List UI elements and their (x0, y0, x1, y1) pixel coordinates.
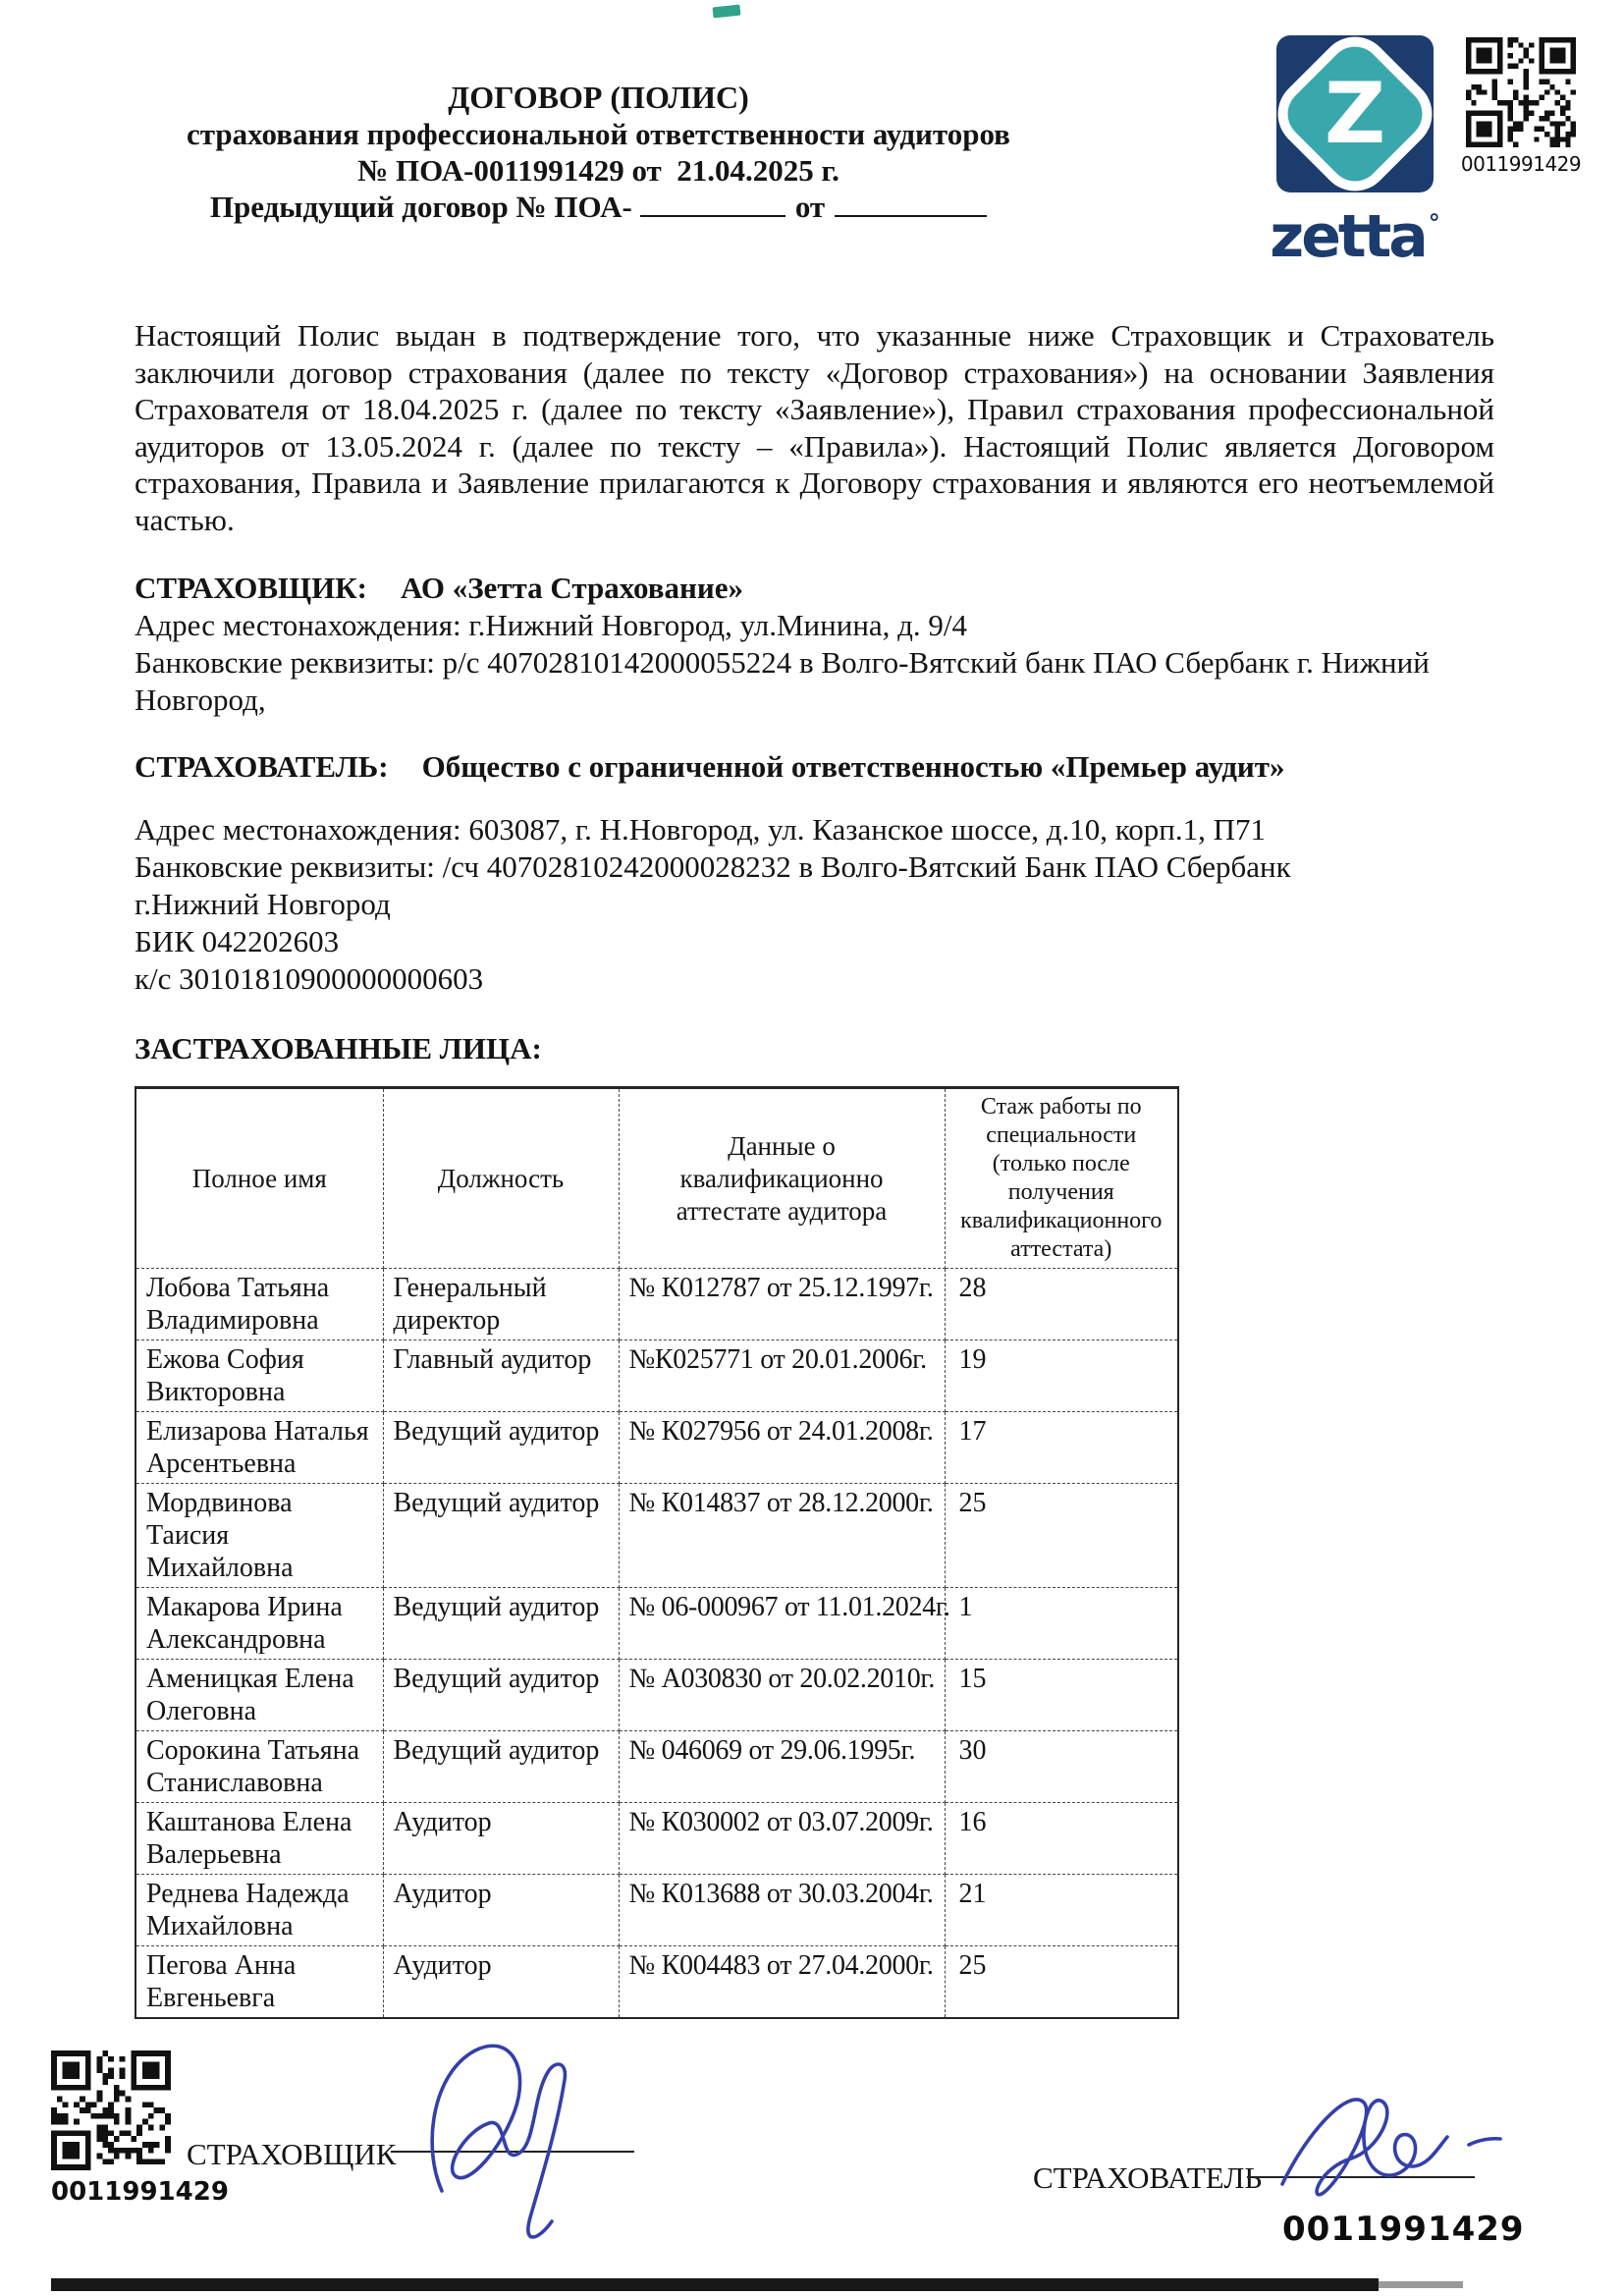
policyholder-city: г.Нижний Новгород (135, 886, 1494, 923)
table-cell: №К025771 от 20.01.2006г. (619, 1340, 945, 1412)
bottom-qr-number: 0011991429 (51, 2177, 257, 2207)
table-cell: 21 (945, 1875, 1178, 1946)
table-cell: Макарова Ирина Александровна (135, 1588, 383, 1660)
policyholder-block: СТРАХОВАТЕЛЬ:Общество с ограниченной отв… (135, 748, 1494, 998)
table-cell: Сорокина Татьяна Станиславовна (135, 1731, 383, 1803)
table-cell: Реднева Надежда Михайловна (135, 1875, 383, 1946)
insurer-signature-label: СТРАХОВЩИК (187, 2137, 397, 2172)
table-row: Аменицкая Елена ОлеговнаВедущий аудитор№… (135, 1660, 1178, 1731)
title-line-3: № ПОА-0011991429 от 21.04.2025 г. (135, 152, 1062, 189)
table-cell: № К030002 от 03.07.2009г. (619, 1803, 945, 1875)
insurer-title-line: СТРАХОВЩИК:АО «Зетта Страхование» (135, 570, 1494, 607)
table-cell: № 06-000967 от 11.01.2024г. (619, 1588, 945, 1660)
title-line-2: страхования профессиональной ответственн… (135, 116, 1062, 152)
blank-underline (835, 210, 987, 217)
scan-artifact-bottom-bar (51, 2278, 1379, 2291)
scanned-policy-page: Z zetta° 0011991429 ДОГОВОР (ПОЛИС) стра… (0, 0, 1624, 2296)
scan-artifact-green-mark (713, 5, 741, 19)
title-previous-contract-line: Предыдущий договор № ПОА-от (135, 189, 1062, 225)
insurer-bank-details: Банковские реквизиты: р/с 40702810142000… (135, 644, 1494, 719)
table-cell: 15 (945, 1660, 1178, 1731)
table-row: Елизарова Наталья АрсентьевнаВедущий ауд… (135, 1412, 1178, 1484)
table-header-cell: Данные о квалификационно аттестате аудит… (619, 1088, 945, 1269)
table-header-row: Полное имяДолжностьДанные о квалификацио… (135, 1088, 1178, 1269)
qr-code (51, 2050, 171, 2170)
policyholder-address: Адрес местонахождения: 603087, г. Н.Новг… (135, 811, 1494, 848)
table-cell: Ведущий аудитор (383, 1484, 619, 1588)
table-cell: 30 (945, 1731, 1178, 1803)
policyholder-title-line: СТРАХОВАТЕЛЬ:Общество с ограниченной отв… (135, 748, 1494, 786)
table-cell: Пегова Анна Евгеньевга (135, 1946, 383, 2019)
table-cell: 19 (945, 1340, 1178, 1412)
table-header-cell: Должность (383, 1088, 619, 1269)
policyholder-corr-account: к/с 30101810900000000603 (135, 960, 1494, 998)
insured-persons-section-title: ЗАСТРАХОВАННЫЕ ЛИЦА: (135, 1031, 1494, 1066)
table-cell: № 046069 от 29.06.1995г. (619, 1731, 945, 1803)
table-cell: № К013688 от 30.03.2004г. (619, 1875, 945, 1946)
policyholder-signature (1265, 2074, 1510, 2231)
table-cell: Аудитор (383, 1946, 619, 2019)
table-cell: Главный аудитор (383, 1340, 619, 1412)
title-line-1: ДОГОВОР (ПОЛИС) (135, 79, 1062, 116)
insurer-signature (405, 2029, 591, 2265)
policyholder-bik: БИК 042202603 (135, 923, 1494, 960)
table-cell: Ведущий аудитор (383, 1660, 619, 1731)
document-title-block: ДОГОВОР (ПОЛИС) страхования профессионал… (135, 79, 1062, 225)
table-cell: Генеральный директор (383, 1269, 619, 1340)
table-cell: Ведущий аудитор (383, 1412, 619, 1484)
scan-artifact-bottom-bar-tail (1379, 2281, 1463, 2288)
blank-underline (640, 210, 785, 217)
table-cell: № К012787 от 25.12.1997г. (619, 1269, 945, 1340)
policyholder-signature-label: СТРАХОВАТЕЛЬ (1033, 2160, 1262, 2196)
policyholder-name: Общество с ограниченной ответственностью… (422, 749, 1285, 784)
intro-paragraph: Настоящий Полис выдан в подтверждение то… (135, 317, 1494, 538)
table-cell: Ведущий аудитор (383, 1731, 619, 1803)
bottom-right-policy-number: 0011991429 (1282, 2210, 1525, 2249)
table-cell: 1 (945, 1588, 1178, 1660)
table-row: Реднева Надежда МихайловнаАудитор№ К0136… (135, 1875, 1178, 1946)
table-cell: 28 (945, 1269, 1178, 1340)
bottom-qr-block: 0011991429 (51, 2050, 257, 2207)
table-cell: 25 (945, 1946, 1178, 2019)
table-row: Макарова Ирина АлександровнаВедущий ауди… (135, 1588, 1178, 1660)
table-cell: № К004483 от 27.04.2000г. (619, 1946, 945, 2019)
insurer-label: СТРАХОВЩИК: (135, 571, 367, 605)
table-header-cell: Стаж работы по специальности (только пос… (945, 1088, 1178, 1269)
table-row: Пегова Анна ЕвгеньевгаАудитор№ К004483 о… (135, 1946, 1178, 2019)
table-cell: 16 (945, 1803, 1178, 1875)
table-cell: Лобова Татьяна Владимировна (135, 1269, 383, 1340)
table-row: Сорокина Татьяна СтаниславовнаВедущий ау… (135, 1731, 1178, 1803)
insured-persons-table: Полное имяДолжностьДанные о квалификацио… (135, 1086, 1179, 2019)
table-cell: Ведущий аудитор (383, 1588, 619, 1660)
policyholder-bank-details: Банковские реквизиты: /сч 40702810242000… (135, 848, 1494, 886)
table-cell: Ежова София Викторовна (135, 1340, 383, 1412)
table-cell: Аменицкая Елена Олеговна (135, 1660, 383, 1731)
table-cell: 17 (945, 1412, 1178, 1484)
table-cell: № К014837 от 28.12.2000г. (619, 1484, 945, 1588)
document-body: ДОГОВОР (ПОЛИС) страхования профессионал… (135, 79, 1494, 2019)
table-cell: Аудитор (383, 1803, 619, 1875)
table-cell: Каштанова Елена Валерьевна (135, 1803, 383, 1875)
table-header-cell: Полное имя (135, 1088, 383, 1269)
table-cell: № К027956 от 24.01.2008г. (619, 1412, 945, 1484)
insurer-address: Адрес местонахождения: г.Нижний Новгород… (135, 607, 1494, 644)
table-cell: 25 (945, 1484, 1178, 1588)
insurer-name: АО «Зетта Страхование» (401, 571, 743, 605)
policyholder-label: СТРАХОВАТЕЛЬ: (135, 749, 389, 784)
insurer-block: СТРАХОВЩИК:АО «Зетта Страхование» Адрес … (135, 570, 1494, 719)
table-cell: Мордвинова Таисия Михайловна (135, 1484, 383, 1588)
table-row: Ежова София ВикторовнаГлавный аудитор№К0… (135, 1340, 1178, 1412)
table-row: Каштанова Елена ВалерьевнаАудитор№ К0300… (135, 1803, 1178, 1875)
table-row: Лобова Татьяна ВладимировнаГенеральный д… (135, 1269, 1178, 1340)
table-cell: Аудитор (383, 1875, 619, 1946)
table-cell: № А030830 от 20.02.2010г. (619, 1660, 945, 1731)
table-row: Мордвинова Таисия МихайловнаВедущий ауди… (135, 1484, 1178, 1588)
table-cell: Елизарова Наталья Арсентьевна (135, 1412, 383, 1484)
